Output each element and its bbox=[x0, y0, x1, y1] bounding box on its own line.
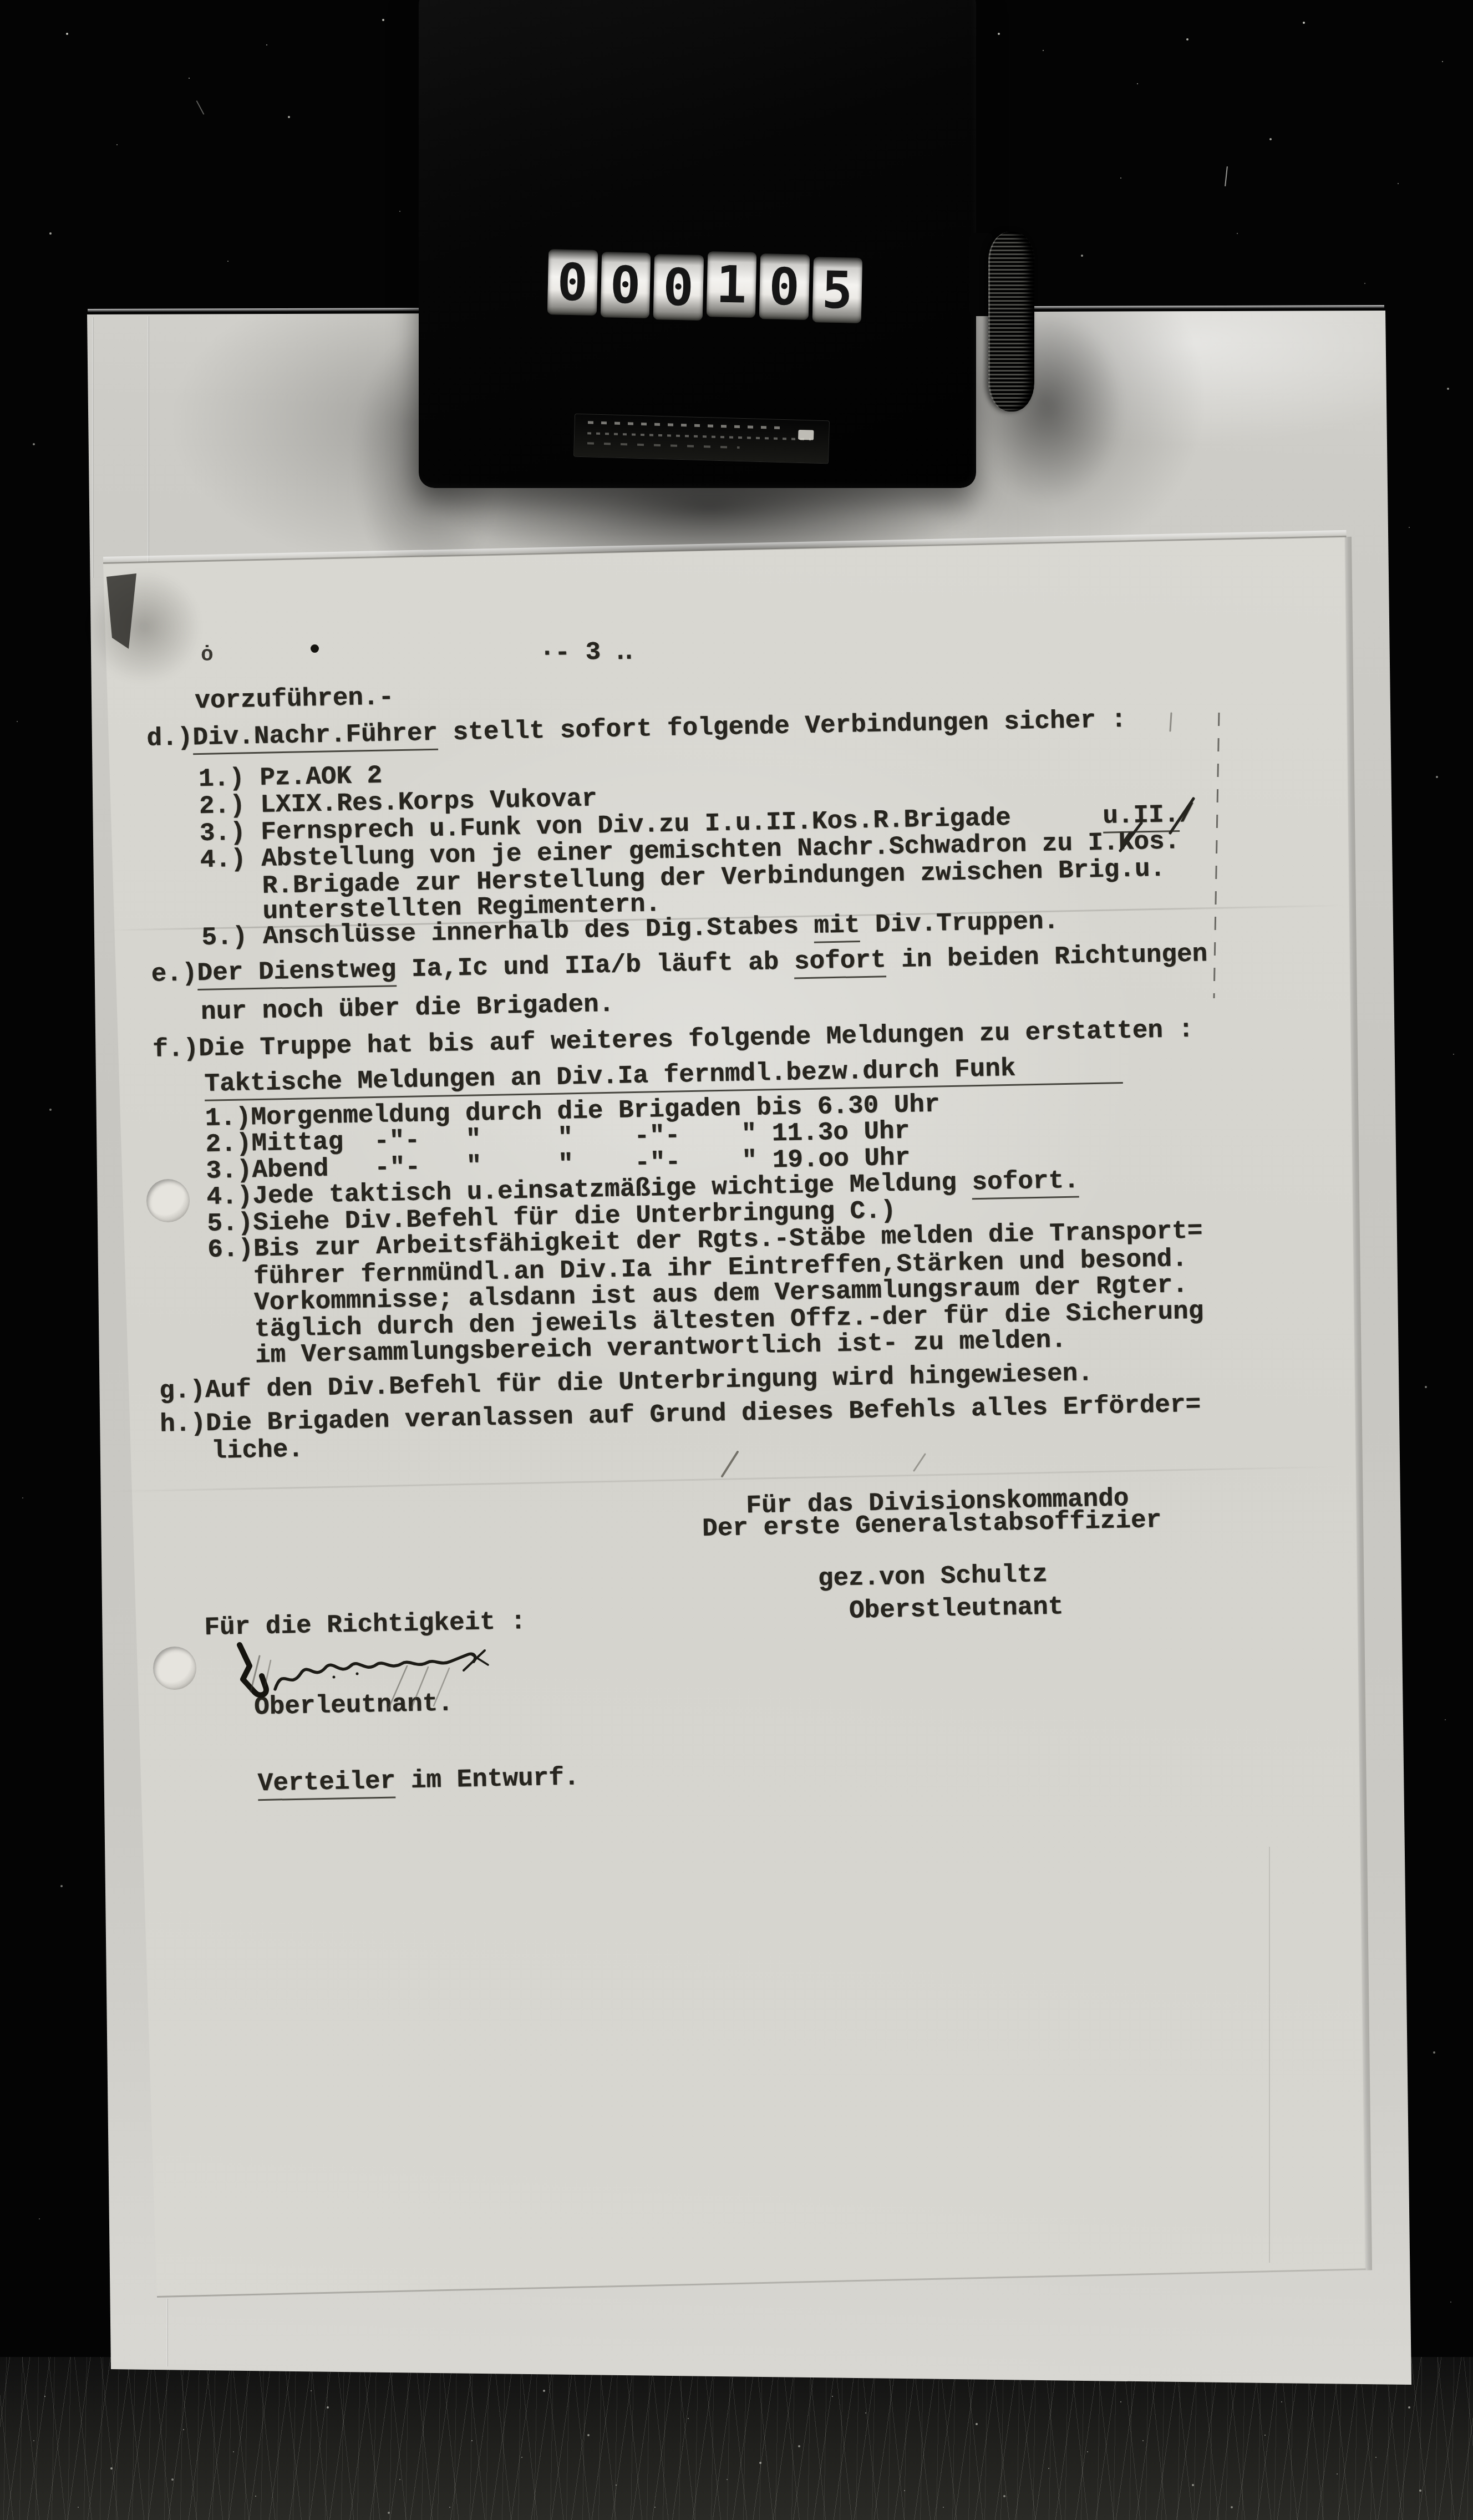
signature-dot bbox=[356, 1673, 359, 1675]
counter-digit: 5 bbox=[812, 257, 862, 323]
signature-hatch bbox=[434, 1668, 449, 1706]
plate-text-stripe bbox=[588, 421, 786, 429]
signature-dot bbox=[333, 1676, 336, 1679]
plate-logo-mark bbox=[798, 430, 814, 440]
pencil-tick bbox=[722, 1452, 738, 1476]
signature-hatch bbox=[388, 1666, 407, 1709]
counter-digit: 0 bbox=[653, 254, 704, 321]
signature-hatch bbox=[412, 1667, 428, 1708]
signature-stroke-bold bbox=[240, 1645, 266, 1695]
signature-stroke bbox=[275, 1654, 475, 1689]
counter-device bbox=[419, 0, 976, 488]
counter-thumbwheel bbox=[988, 232, 1034, 411]
plate-text-stripe bbox=[587, 442, 740, 449]
pencil-tick bbox=[914, 1454, 925, 1471]
counter-digit: 0 bbox=[759, 253, 810, 320]
plate-text-stripe bbox=[587, 432, 811, 440]
hand-slash bbox=[1170, 799, 1193, 833]
signature-stroke bbox=[265, 1660, 271, 1686]
pencil-stroke bbox=[1170, 713, 1171, 731]
device-label-plate bbox=[573, 414, 830, 464]
counter-digit: 1 bbox=[706, 251, 756, 318]
hand-slash bbox=[1120, 823, 1141, 851]
counter-digit: 0 bbox=[547, 249, 598, 316]
signature-stroke bbox=[251, 1656, 260, 1691]
counter-digit-window: 000105 bbox=[547, 249, 862, 321]
counter-digit: 0 bbox=[600, 252, 651, 318]
scanned-page: ·- 3 ‥vorzuführen.-d.)Div.Nachr.Führer s… bbox=[0, 0, 1473, 2520]
